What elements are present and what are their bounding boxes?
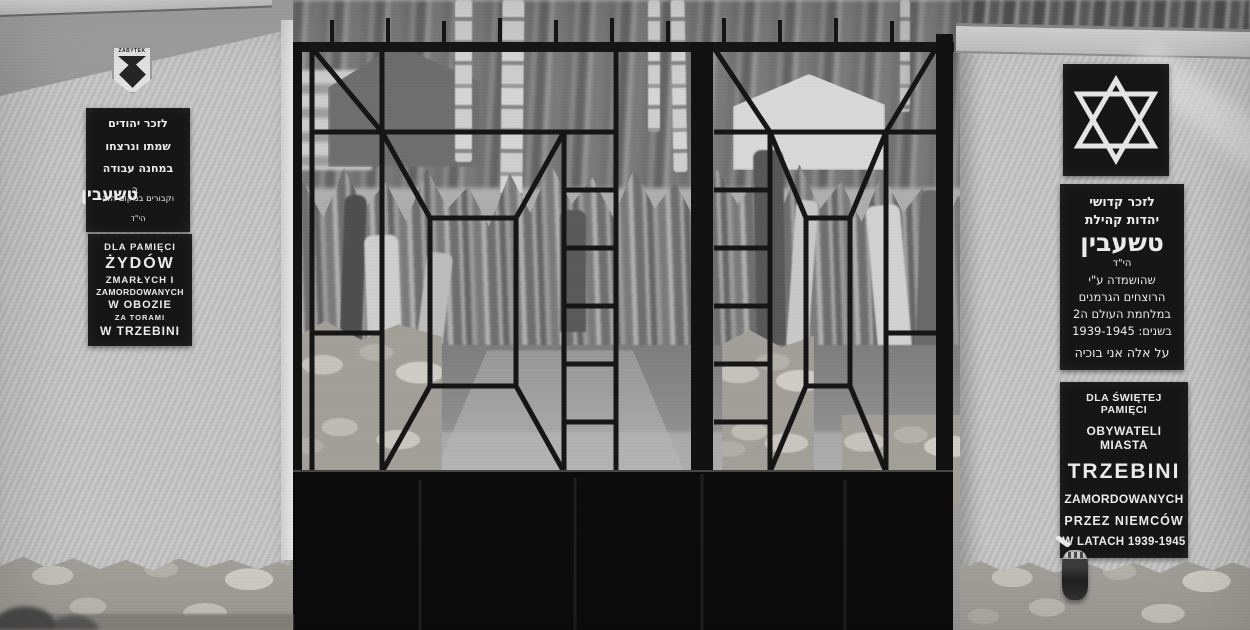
polish-line: W TRZEBINI [100, 324, 180, 338]
polish-line: TRZEBINI [1068, 460, 1181, 484]
star-of-david-icon [1073, 74, 1159, 166]
left-boundary-wall: ZABYTEK לזכר יהודים שמתו ונרצחו במחנה עב… [0, 0, 293, 630]
polish-line: ZMARŁYCH I [106, 275, 175, 286]
polish-line: ZAMORDOWANYCH [1064, 492, 1183, 506]
polish-line: DLA ŚWIĘTEJ PAMIĘCI [1062, 392, 1186, 416]
gate-right-leaf-lattice [714, 48, 936, 472]
hebrew-line: שהושמדה ע"י [1088, 273, 1155, 287]
right-hebrew-memorial-plaque: לזכר קדושי יהדות קהילת טשעבין הי"ד שהושמ… [1060, 184, 1184, 370]
hebrew-line: שמתו ונרצחו [105, 140, 170, 153]
candle-lid [1065, 552, 1085, 558]
polish-line: ŻYDÓW [105, 255, 175, 273]
star-of-david-plaque [1063, 64, 1169, 176]
hebrew-town-name: טשעבין [1080, 230, 1164, 255]
hebrew-line: במחנה עבודה [103, 162, 173, 175]
zabytek-monument-badge: ZABYTEK [112, 46, 152, 94]
polish-line: W LATACH 1939-1945 [1062, 536, 1185, 548]
hebrew-line: בשנים: 1939-1945 [1072, 324, 1172, 338]
hebrew-footer-line: על אלה אני בוכיה [1075, 345, 1170, 360]
polish-line: ZAMORDOWANYCH [96, 287, 184, 297]
gate-spikes [332, 18, 892, 42]
zabytek-shield-diamond-icon [119, 61, 146, 88]
gate-top-bar [293, 42, 954, 52]
hebrew-line: הי"ד [1113, 258, 1132, 269]
polish-line: OBYWATELI MIASTA [1062, 424, 1186, 452]
polish-line: W OBOZIE [108, 299, 172, 311]
hebrew-line: במלחמת העולם ה2 [1073, 307, 1171, 321]
polish-line: ZA TORAMI [115, 313, 165, 322]
gate-left-leaf-lattice [312, 42, 616, 472]
gate-solid-panel [293, 471, 953, 630]
zabytek-label: ZABYTEK [112, 48, 152, 54]
hebrew-line: הי"ד [130, 214, 145, 223]
hebrew-line: יהדות קהילת [1085, 212, 1159, 227]
memorial-candle [1062, 550, 1088, 600]
pillar-cap [956, 23, 1250, 59]
cemetery-gate-photo: ZABYTEK לזכר יהודים שמתו ונרצחו במחנה עב… [0, 0, 1250, 630]
wall-corner-highlight [281, 20, 293, 560]
hebrew-line: לזכר יהודים [108, 117, 168, 130]
pillar-stone-base [960, 555, 1250, 630]
hebrew-line: הרוצחים הגרמנים [1079, 290, 1166, 304]
left-hebrew-memorial-plaque: לזכר יהודים שמתו ונרצחו במחנה עבודה ב טש… [86, 108, 190, 232]
hebrew-line: לזכר קדושי [1089, 194, 1155, 209]
right-polish-memorial-plaque: DLA ŚWIĘTEJ PAMIĘCI OBYWATELI MIASTA TRZ… [1060, 382, 1188, 558]
right-gate-pillar: לזכר קדושי יהדות קהילת טשעבין הי"ד שהושמ… [960, 0, 1250, 630]
polish-line: DLA PAMIĘCI [104, 242, 176, 253]
polish-line: PRZEZ NIEMCÓW [1064, 514, 1183, 528]
left-polish-memorial-plaque: DLA PAMIĘCI ŻYDÓW ZMARŁYCH I ZAMORDOWANY… [88, 234, 192, 346]
plants [0, 578, 130, 630]
